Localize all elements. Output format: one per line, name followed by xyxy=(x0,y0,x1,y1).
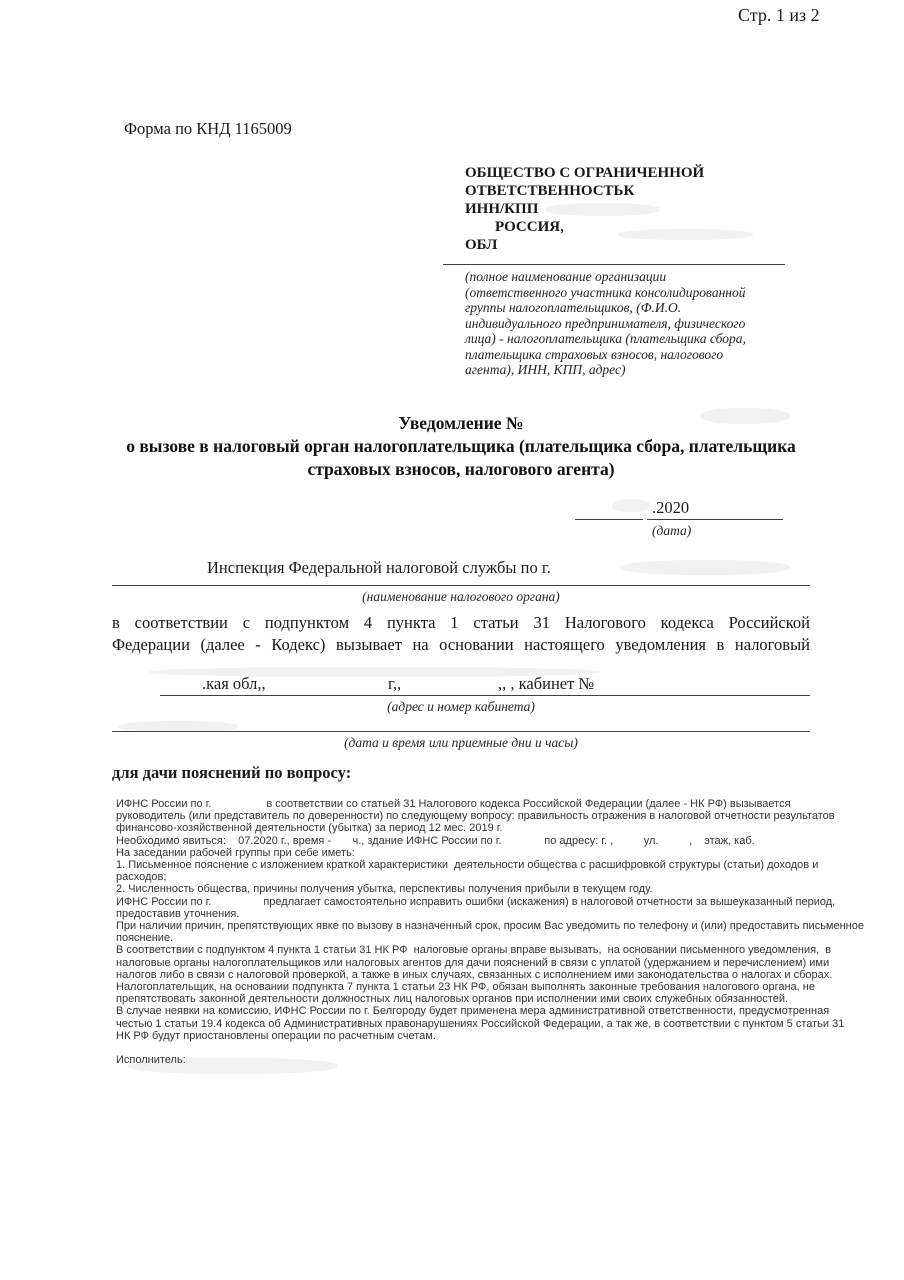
recipient-caption-line: (ответственного участника консолидирован… xyxy=(465,285,805,301)
recipient-caption-line: индивидуального предпринимателя, физичес… xyxy=(465,316,805,332)
datetime-rule xyxy=(112,731,810,732)
body-line: налоговые органы налогоплательщиков или … xyxy=(116,957,904,969)
body-line: Налогоплательщик, на основании подпункта… xyxy=(116,981,904,993)
body-line: финансово-хозяйственной деятельности (уб… xyxy=(116,822,904,834)
datetime-caption: (дата и время или приемные дни и часы) xyxy=(112,735,810,751)
body-line: честью 1 статьи 19.4 кодекса об Админист… xyxy=(116,1018,904,1030)
body-line: Исполнитель: xyxy=(116,1054,904,1066)
date-rule xyxy=(647,519,783,520)
body-line xyxy=(116,1042,904,1054)
recipient-line: ОТВЕТСТВЕННОСТЬК xyxy=(465,182,795,200)
body-line: При наличии причин, препятствующих явке … xyxy=(116,920,904,932)
tax-office-caption: (наименование налогового органа) xyxy=(112,589,810,605)
page-number: Стр. 1 из 2 xyxy=(738,5,820,26)
redaction-mark xyxy=(620,560,790,575)
body-line: ИФНС России по г. в соответствии со стат… xyxy=(116,798,904,810)
body-line: пояснение. xyxy=(116,932,904,944)
legal-paragraph-line-1: в соответствии с подпунктом 4 пункта 1 с… xyxy=(112,612,810,634)
recipient-rule xyxy=(443,264,785,265)
legal-paragraph-line-2: Федерации (далее - Кодекс) вызывает на о… xyxy=(112,634,810,656)
notice-title-line: страховых взносов, налогового агента) xyxy=(112,458,810,481)
body-line: В случае неявки на комиссию, ИФНС России… xyxy=(116,1005,904,1017)
date-prefix-rule xyxy=(575,519,643,520)
notice-title: Уведомление №о вызове в налоговый орган … xyxy=(112,412,810,481)
body-line: 2. Численность общества, причины получен… xyxy=(116,883,904,895)
body-line: НК РФ будут приостановлены операции по р… xyxy=(116,1030,904,1042)
scanned-notice-page: Стр. 1 из 2 Форма по КНД 1165009 ОБЩЕСТВ… xyxy=(0,0,904,1280)
body-line: предоставив уточнения. xyxy=(116,908,904,920)
body-line: препятствовать законной деятельности дол… xyxy=(116,993,904,1005)
body-line: налогов либо в связи с налоговой проверк… xyxy=(116,969,904,981)
recipient-caption: (полное наименование организации(ответст… xyxy=(465,269,805,378)
body-line: Необходимо явиться: 07.2020 г., время - … xyxy=(116,835,904,847)
recipient-caption-line: плательщика страховых взносов, налоговог… xyxy=(465,347,805,363)
body-line: руководитель (или представитель по довер… xyxy=(116,810,904,822)
recipient-caption-line: группы налогоплательщиков, (Ф.И.О. xyxy=(465,300,805,316)
address-fragment-city: г,, xyxy=(388,674,401,694)
body-line: ИФНС России по г. предлагает самостоятел… xyxy=(116,896,904,908)
form-knd-label: Форма по КНД 1165009 xyxy=(124,119,292,139)
body-line: 1. Письменное пояснение с изложением кра… xyxy=(116,859,904,871)
redaction-mark xyxy=(618,229,753,240)
address-rule xyxy=(160,695,810,696)
redaction-mark xyxy=(612,499,650,512)
recipient-caption-line: агента), ИНН, КПП, адрес) xyxy=(465,362,805,378)
recipient-caption-line: лица) - налогоплательщика (плательщика с… xyxy=(465,331,805,347)
body-line: На заседании рабочей группы при себе име… xyxy=(116,847,904,859)
purpose-label: для дачи пояснений по вопросу: xyxy=(112,763,351,783)
address-caption: (адрес и номер кабинета) xyxy=(112,699,810,715)
tax-office-name: Инспекция Федеральной налоговой службы п… xyxy=(207,558,551,578)
body-text: ИФНС России по г. в соответствии со стат… xyxy=(116,798,904,1066)
redaction-mark xyxy=(545,203,660,216)
tax-office-rule xyxy=(112,585,810,586)
date-caption: (дата) xyxy=(652,523,691,539)
recipient-line: ОБЛ xyxy=(465,236,795,254)
body-line: расходов; xyxy=(116,871,904,883)
notice-title-line: о вызове в налоговый орган налогоплатель… xyxy=(112,435,810,458)
address-fragment-cabinet: ,, , кабинет № xyxy=(498,674,594,694)
legal-paragraph: в соответствии с подпунктом 4 пункта 1 с… xyxy=(112,612,810,655)
recipient-caption-line: (полное наименование организации xyxy=(465,269,805,285)
recipient-line: ОБЩЕСТВО С ОГРАНИЧЕННОЙ xyxy=(465,164,795,182)
date-value: .2020 xyxy=(652,498,689,518)
body-line: В соответствии с подпунктом 4 пункта 1 с… xyxy=(116,944,904,956)
notice-title-line: Уведомление № xyxy=(112,412,810,435)
address-fragment-region: .кая обл,, xyxy=(202,674,266,694)
